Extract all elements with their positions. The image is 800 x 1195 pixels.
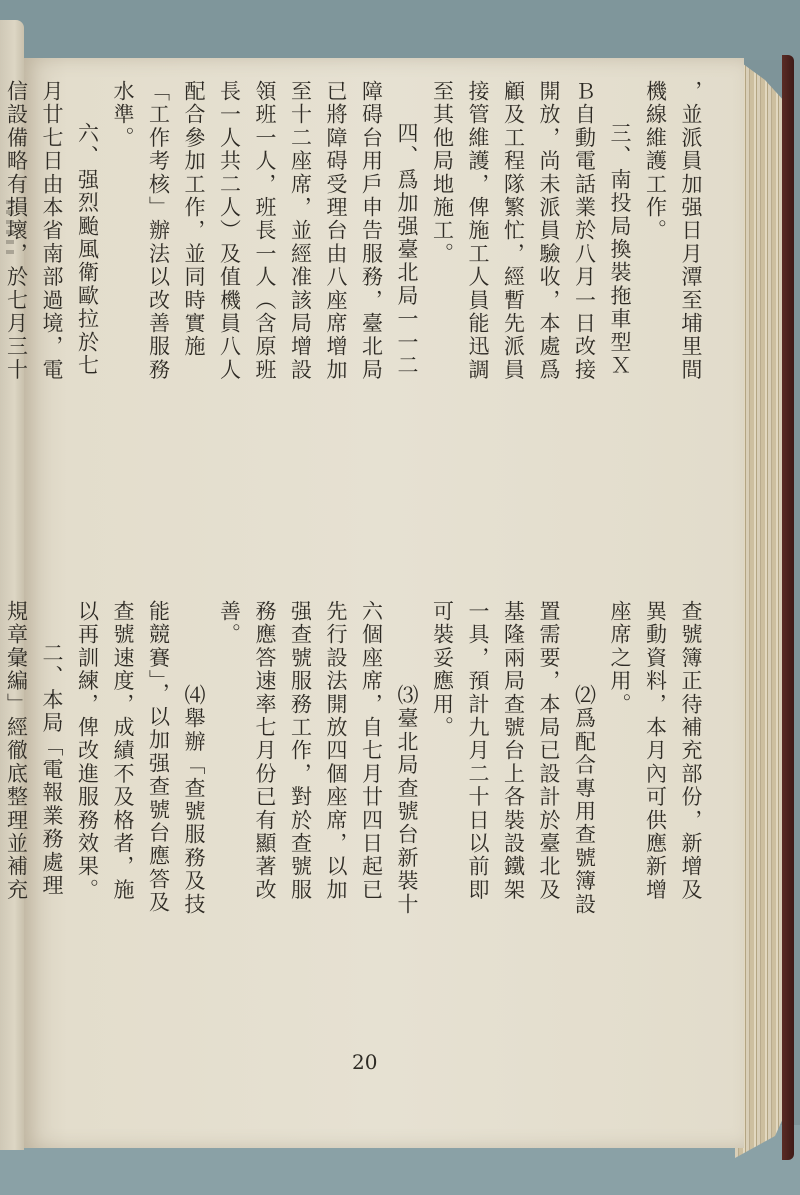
paragraph: 二、本局「電報業務處理規章彙編」經徹底整理並補充修正後重新印製，業已印妥於七月中… <box>0 600 69 918</box>
paragraph: 六、强烈颱風衛歐拉於七月廿七日由本省南部過境，電信設備略有損壞，於七月三十日前全… <box>0 80 105 398</box>
paragraph: ⑷舉辦「查號服務及技能競賽」，以加强查號台應答及查號速度，成績不及格者，施以再訓… <box>69 600 211 918</box>
page-number: 20 <box>352 1050 377 1074</box>
upper-text-band: ，並派員加强日月潭至埔里間機線維護工作。 三、南投局換裝拖車型ＸＢ自動電話業於八… <box>68 80 708 398</box>
paragraph: 三、南投局換裝拖車型ＸＢ自動電話業於八月一日改接開放，尚未派員驗收，本處爲顧及工… <box>424 80 637 398</box>
paragraph: 四、爲加强臺北局一一二障碍台用戶申告服務，臺北局已將障碍受理台由八座席增加至十二… <box>105 80 425 398</box>
paragraph: ，並派員加强日月潭至埔里間機線維護工作。 <box>637 80 708 398</box>
scan-backdrop-top <box>0 0 800 60</box>
book-cover-edge <box>782 55 794 1160</box>
paragraph: ⑵爲配合專用查號簿設置需要，本局已設計於臺北及基隆兩局查號台上各裝設鐵架一具，預… <box>424 600 602 918</box>
paragraph: ⑶臺北局查號台新裝十六個座席，自七月廿四日起已先行設法開放四個座席，以加强查號服… <box>211 600 424 918</box>
paragraph: 查號簿正待補充部份，新增及異動資料，本月內可供應新增座席之用。 <box>602 600 709 918</box>
lower-text-band: 查號簿正待補充部份，新增及異動資料，本月內可供應新增座席之用。 ⑵爲配合專用查號… <box>68 600 708 918</box>
